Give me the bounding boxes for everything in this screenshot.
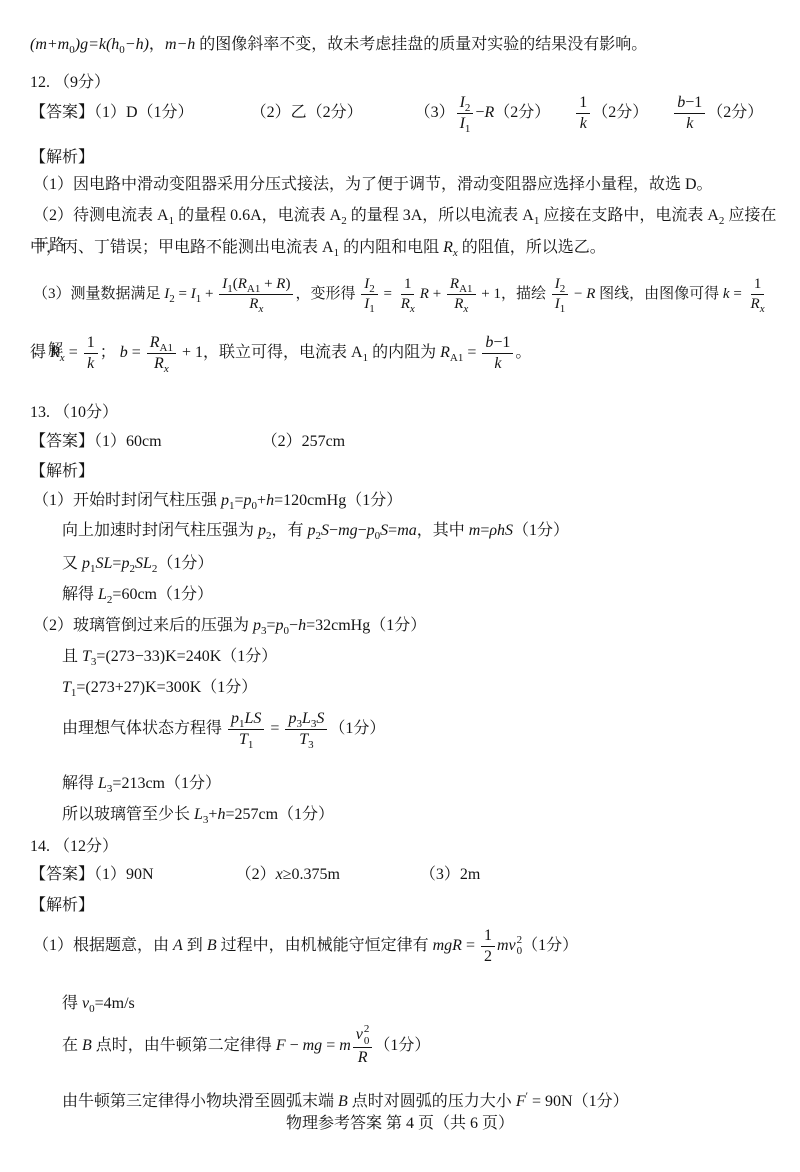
page-footer: 物理参考答案 第 4 页（共 6 页） xyxy=(0,1109,800,1139)
fraction: I1(RA1 + R)Rx xyxy=(219,275,293,314)
fraction: 1k xyxy=(84,333,98,374)
q12-answer-line: 【答案】（1）D（1分）（2）乙（2分）（3）I2I1−R（2分）1k（2分）b… xyxy=(30,85,782,141)
fraction: p3L3ST3 xyxy=(285,709,327,750)
q14-solution-1b: 得 v0=4m/s xyxy=(62,989,782,1019)
fraction: RA1Rx xyxy=(447,275,476,314)
q14-solution-1c: 在 B 点时，由牛顿第二定律得 F − mg = mv20R（1分） xyxy=(62,1018,782,1074)
fraction: 1Rx xyxy=(748,275,768,314)
answer-sheet-page: (m+m0)g=k(h0−h)，m−h 的图像斜率不变，故未考虑挂盘的质量对实验… xyxy=(0,0,800,1172)
fraction: RA1Rx xyxy=(147,333,176,374)
fraction: 12 xyxy=(481,926,495,967)
q13-solution-2a: （2）玻璃管倒过来后的压强为 p3=p0−h=32cmHg（1分） xyxy=(33,611,782,641)
fraction: b−1k xyxy=(482,333,513,374)
intro-line: (m+m0)g=k(h0−h)，m−h 的图像斜率不变，故未考虑挂盘的质量对实验… xyxy=(30,30,782,60)
fraction: v20R xyxy=(353,1024,373,1068)
q12-solution-3b: 得 Rx = 1k； b = RA1Rx + 1，联立可得，电流表 A1 的内阻… xyxy=(30,325,782,381)
fraction: I2I1 xyxy=(457,93,474,134)
q14-analysis-label: 【解析】 xyxy=(30,891,782,921)
q13-solution-2b: 且 T3=(273−33)K=240K（1分） xyxy=(62,642,782,672)
q13-answer-line: 【答案】（1）60cm（2）257cm xyxy=(30,427,782,457)
q13-solution-1d: 解得 L2=60cm（1分） xyxy=(62,580,782,610)
q14-answer-line: 【答案】（1）90N（2）x≥0.375m（3）2m xyxy=(30,860,782,890)
q12-solution-1: （1）因电路中滑动变阻器采用分压式接法，为了便于调节，滑动变阻器应选择小量程，故… xyxy=(33,170,782,200)
q13-solution-1c: 又 p1SL=p2SL2（1分） xyxy=(62,549,782,579)
fraction: b−1k xyxy=(674,93,705,134)
q12-analysis-label: 【解析】 xyxy=(30,143,782,173)
q13-solution-2f: 所以玻璃管至少长 L3+h=257cm（1分） xyxy=(62,800,782,830)
q12-solution-2b: 中，丙、丁错误；甲电路不能测出电流表 A1 的内阻和电阻 Rx 的阻值，所以选乙… xyxy=(30,233,782,263)
q13-analysis-label: 【解析】 xyxy=(30,457,782,487)
fraction: I2I1 xyxy=(552,275,569,314)
q14-heading: 14. （12分） xyxy=(30,832,782,862)
q13-solution-1b: 向上加速时封闭气柱压强为 p2，有 p2S−mg−p0S=ma，其中 m=ρhS… xyxy=(62,516,782,546)
q13-solution-1a: （1）开始时封闭气柱压强 p1=p0+h=120cmHg（1分） xyxy=(33,486,782,516)
q13-solution-2c: T1=(273+27)K=300K（1分） xyxy=(62,673,782,703)
q13-solution-2d: 由理想气体状态方程得 p1LST1 = p3L3ST3（1分） xyxy=(62,701,782,757)
q14-solution-1a: （1）根据题意，由 A 到 B 过程中，由机械能守恒定律有 mgR = 12mv… xyxy=(33,918,782,974)
q13-solution-2e: 解得 L3=213cm（1分） xyxy=(62,769,782,799)
fraction: I2I1 xyxy=(361,275,378,314)
q13-heading: 13. （10分） xyxy=(30,398,782,428)
fraction: 1k xyxy=(576,93,590,134)
fraction: p1LST1 xyxy=(228,709,264,750)
fraction: 1Rx xyxy=(398,275,418,314)
